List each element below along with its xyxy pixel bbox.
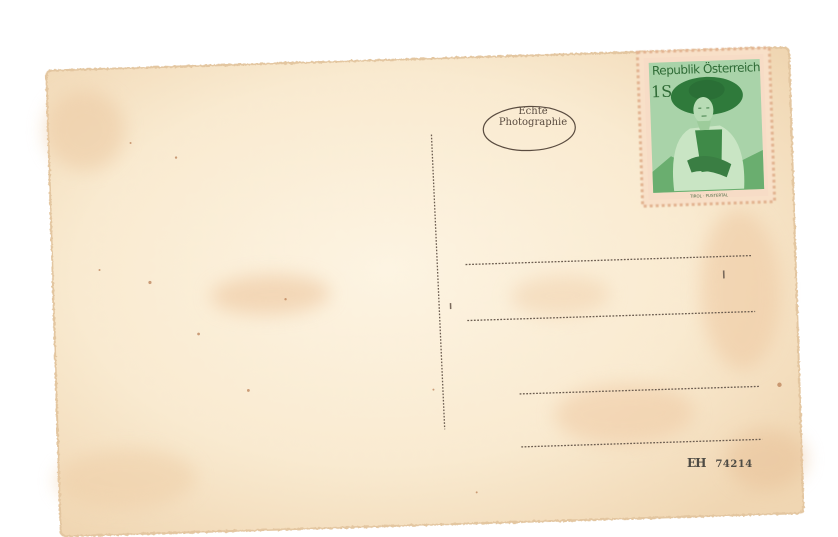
publisher-mark: EH [687, 456, 705, 470]
serial-number: 74214 [715, 459, 752, 470]
stamp-value-text: 1S [651, 82, 673, 102]
ink-mark [723, 270, 725, 278]
imprint-line-2: Photographie [486, 118, 580, 129]
ink-mark [450, 303, 452, 309]
serial-mark: EH 74214 [687, 456, 753, 470]
imprint-line-1: Echte [486, 107, 580, 118]
imprint-text: Echte Photographie [486, 107, 580, 128]
